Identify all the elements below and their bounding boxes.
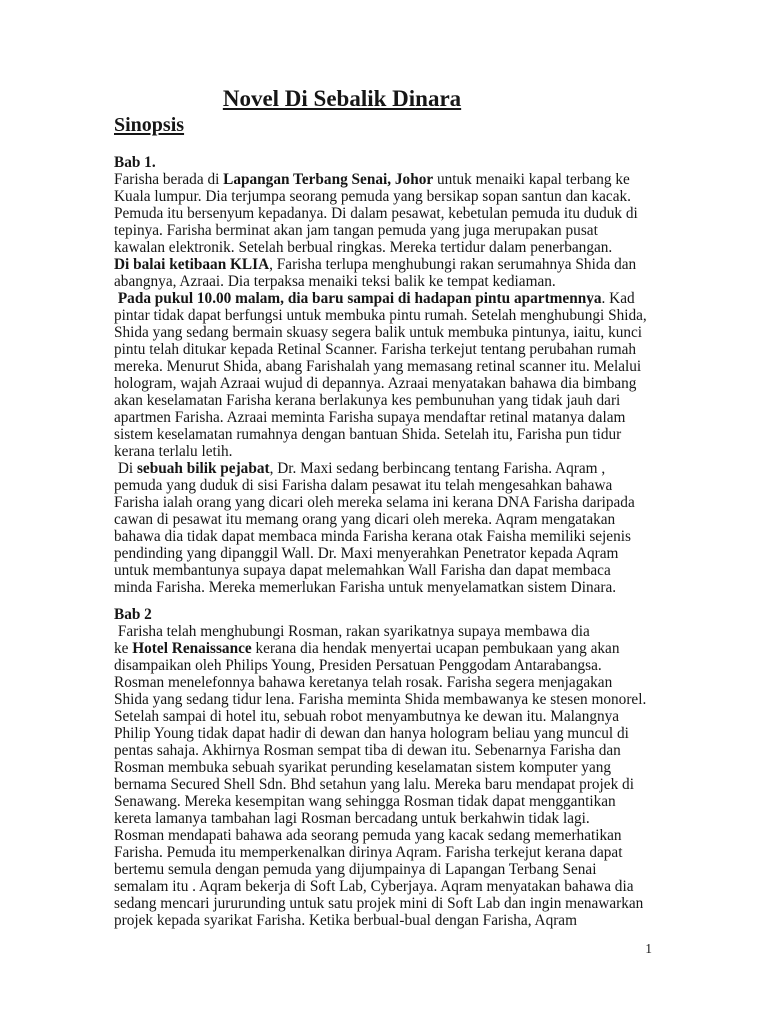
plain-text: kawalan elektronik. Setelah berbual ring…	[114, 239, 612, 256]
plain-text: kerana dia hendak menyertai ucapan pembu…	[252, 640, 620, 657]
plain-text: hologram, wajah Azraai wujud di depannya…	[114, 375, 636, 392]
text-line: Philip Young tidak dapat hadir di dewan …	[114, 725, 662, 742]
text-line: pemuda yang duduk di sisi Farisha dalam …	[114, 477, 662, 494]
plain-text: cawan di pesawat itu memang orang yang d…	[114, 511, 615, 528]
plain-text: kerana terlalu letih.	[114, 443, 233, 460]
plain-text: bertemu semula dengan pemuda yang dijump…	[114, 861, 596, 878]
plain-text: Setelah sampai di hotel itu, sebuah robo…	[114, 708, 619, 725]
plain-text: , Farisha terlupa menghubungi rakan seru…	[269, 256, 636, 273]
text-line: pendinding yang dipanggil Wall. Dr. Maxi…	[114, 545, 662, 562]
bold-text: Lapangan Terbang Senai, Johor	[223, 171, 433, 188]
plain-text: bahawa dia tidak dapat membaca minda Far…	[114, 528, 631, 545]
text-line: Rosman membuka sebuah syarikat perunding…	[114, 759, 662, 776]
plain-text: Kuala lumpur. Dia terjumpa seorang pemud…	[114, 188, 631, 205]
text-line: minda Farisha. Mereka memerlukan Farisha…	[114, 579, 662, 596]
text-line: Farisha ialah orang yang dicari oleh mer…	[114, 494, 662, 511]
text-line: pintu telah ditukar kepada Retinal Scann…	[114, 341, 662, 358]
chapter-section: Bab 2 Farisha telah menghubungi Rosman, …	[114, 606, 662, 929]
text-line: abangnya, Azraai. Dia terpaksa menaiki t…	[114, 273, 662, 290]
plain-text: Di	[114, 460, 137, 477]
document-sections: Bab 1.Farisha berada di Lapangan Terbang…	[114, 154, 662, 929]
plain-text: minda Farisha. Mereka memerlukan Farisha…	[114, 579, 616, 596]
plain-text: Shida yang sedang tidur lena. Farisha me…	[114, 691, 646, 708]
plain-text: pintar tidak dapat berfungsi untuk membu…	[114, 307, 647, 324]
text-line: untuk membantunya supaya dapat melemahka…	[114, 562, 662, 579]
text-line: kawalan elektronik. Setelah berbual ring…	[114, 239, 662, 256]
bold-text: Di balai ketibaan KLIA	[114, 256, 269, 273]
text-line: Farisha. Pemuda itu memperkenalkan dirin…	[114, 844, 662, 861]
plain-text: Rosman menelefonnya bahawa keretanya tel…	[114, 674, 612, 691]
bold-text: Pada pukul 10.00 malam, dia baru sampai …	[118, 290, 602, 307]
plain-text: pemuda yang duduk di sisi Farisha dalam …	[114, 477, 612, 494]
plain-text: projek kepada syarikat Farisha. Ketika b…	[114, 912, 577, 929]
plain-text: disampaikan oleh Philips Young, Presiden…	[114, 657, 602, 674]
plain-text: Rosman membuka sebuah syarikat perunding…	[114, 759, 611, 776]
text-line: Kuala lumpur. Dia terjumpa seorang pemud…	[114, 188, 662, 205]
plain-text: Rosman mendapati bahawa ada seorang pemu…	[114, 827, 622, 844]
text-line: disampaikan oleh Philips Young, Presiden…	[114, 657, 662, 674]
plain-text: Philip Young tidak dapat hadir di dewan …	[114, 725, 629, 742]
plain-text: mereka. Menurut Shida, abang Farishalah …	[114, 358, 641, 375]
text-line: apartmen Farisha. Azraai meminta Farisha…	[114, 409, 662, 426]
text-line: Di sebuah bilik pejabat, Dr. Maxi sedang…	[114, 460, 662, 477]
plain-text: sistem keselamatan rumahnya dengan bantu…	[114, 426, 621, 443]
plain-text: untuk menaiki kapal terbang ke	[433, 171, 630, 188]
plain-text: pentas sahaja. Akhirnya Rosman sempat ti…	[114, 742, 621, 759]
plain-text: bernama Secured Shell Sdn. Bhd setahun y…	[114, 776, 634, 793]
chapter-section: Bab 1.Farisha berada di Lapangan Terbang…	[114, 154, 662, 596]
text-line: Shida yang sedang tidur lena. Farisha me…	[114, 691, 662, 708]
document-subtitle: Sinopsis	[114, 114, 662, 137]
plain-text: Shida yang sedang bermain skuasy segera …	[114, 324, 642, 341]
plain-text: Senawang. Mereka kesempitan wang sehingg…	[114, 793, 616, 810]
text-line: cawan di pesawat itu memang orang yang d…	[114, 511, 662, 528]
plain-text: Pemuda itu bersenyum kepadanya. Di dalam…	[114, 205, 638, 222]
text-line: akan keselamatan Farisha kerana berlakun…	[114, 392, 662, 409]
plain-text: Farisha berada di	[114, 171, 223, 188]
text-line: pintar tidak dapat berfungsi untuk membu…	[114, 307, 662, 324]
plain-text: semalam itu . Aqram bekerja di Soft Lab,…	[114, 878, 634, 895]
text-line: Rosman mendapati bahawa ada seorang pemu…	[114, 827, 662, 844]
plain-text: apartmen Farisha. Azraai meminta Farisha…	[114, 409, 625, 426]
plain-text: untuk membantunya supaya dapat melemahka…	[114, 562, 611, 579]
text-line: bahawa dia tidak dapat membaca minda Far…	[114, 528, 662, 545]
plain-text: Farisha. Pemuda itu memperkenalkan dirin…	[114, 844, 622, 861]
document-content: Novel Di Sebalik Dinara Sinopsis Bab 1.F…	[114, 85, 662, 929]
plain-text: , Dr. Maxi sedang berbincang tentang Far…	[270, 460, 606, 477]
document-subtitle-text: Sinopsis	[114, 114, 184, 136]
text-line: Rosman menelefonnya bahawa keretanya tel…	[114, 674, 662, 691]
bold-text: Hotel Renaissance	[132, 640, 251, 657]
document-title: Novel Di Sebalik Dinara	[114, 85, 662, 112]
plain-text: abangnya, Azraai. Dia terpaksa menaiki t…	[114, 273, 556, 290]
text-line: Farisha berada di Lapangan Terbang Senai…	[114, 171, 662, 188]
text-line: Shida yang sedang bermain skuasy segera …	[114, 324, 662, 341]
text-line: pentas sahaja. Akhirnya Rosman sempat ti…	[114, 742, 662, 759]
text-line: Di balai ketibaan KLIA, Farisha terlupa …	[114, 256, 662, 273]
plain-text: Farisha ialah orang yang dicari oleh mer…	[114, 494, 635, 511]
document-page: Novel Di Sebalik Dinara Sinopsis Bab 1.F…	[0, 0, 768, 1024]
text-line: Farisha telah menghubungi Rosman, rakan …	[114, 623, 662, 640]
text-line: projek kepada syarikat Farisha. Ketika b…	[114, 912, 662, 929]
document-title-text: Novel Di Sebalik Dinara	[223, 86, 461, 111]
plain-text: akan keselamatan Farisha kerana berlakun…	[114, 392, 620, 409]
text-line: Setelah sampai di hotel itu, sebuah robo…	[114, 708, 662, 725]
text-line: bernama Secured Shell Sdn. Bhd setahun y…	[114, 776, 662, 793]
bold-text: sebuah bilik pejabat	[137, 460, 270, 477]
text-line: bertemu semula dengan pemuda yang dijump…	[114, 861, 662, 878]
text-line: sedang mencari jururunding untuk satu pr…	[114, 895, 662, 912]
plain-text: pintu telah ditukar kepada Retinal Scann…	[114, 341, 636, 358]
plain-text: ke	[114, 640, 132, 657]
text-line: sistem keselamatan rumahnya dengan bantu…	[114, 426, 662, 443]
chapter-heading: Bab 1.	[114, 154, 662, 171]
plain-text: pendinding yang dipanggil Wall. Dr. Maxi…	[114, 545, 618, 562]
plain-text: . Kad	[602, 290, 635, 307]
text-line: Senawang. Mereka kesempitan wang sehingg…	[114, 793, 662, 810]
plain-text: kereta lamanya tambahan lagi Rosman berc…	[114, 810, 590, 827]
text-line: kerana terlalu letih.	[114, 443, 662, 460]
text-line: mereka. Menurut Shida, abang Farishalah …	[114, 358, 662, 375]
plain-text: sedang mencari jururunding untuk satu pr…	[114, 895, 643, 912]
text-line: ke Hotel Renaissance kerana dia hendak m…	[114, 640, 662, 657]
plain-text: Farisha telah menghubungi Rosman, rakan …	[114, 623, 590, 640]
text-line: semalam itu . Aqram bekerja di Soft Lab,…	[114, 878, 662, 895]
chapter-heading: Bab 2	[114, 606, 662, 623]
page-number: 1	[114, 941, 652, 957]
text-line: Pemuda itu bersenyum kepadanya. Di dalam…	[114, 205, 662, 222]
text-line: kereta lamanya tambahan lagi Rosman berc…	[114, 810, 662, 827]
text-line: hologram, wajah Azraai wujud di depannya…	[114, 375, 662, 392]
plain-text: tepinya. Farisha berminat akan jam tanga…	[114, 222, 598, 239]
text-line: tepinya. Farisha berminat akan jam tanga…	[114, 222, 662, 239]
text-line: Pada pukul 10.00 malam, dia baru sampai …	[114, 290, 662, 307]
